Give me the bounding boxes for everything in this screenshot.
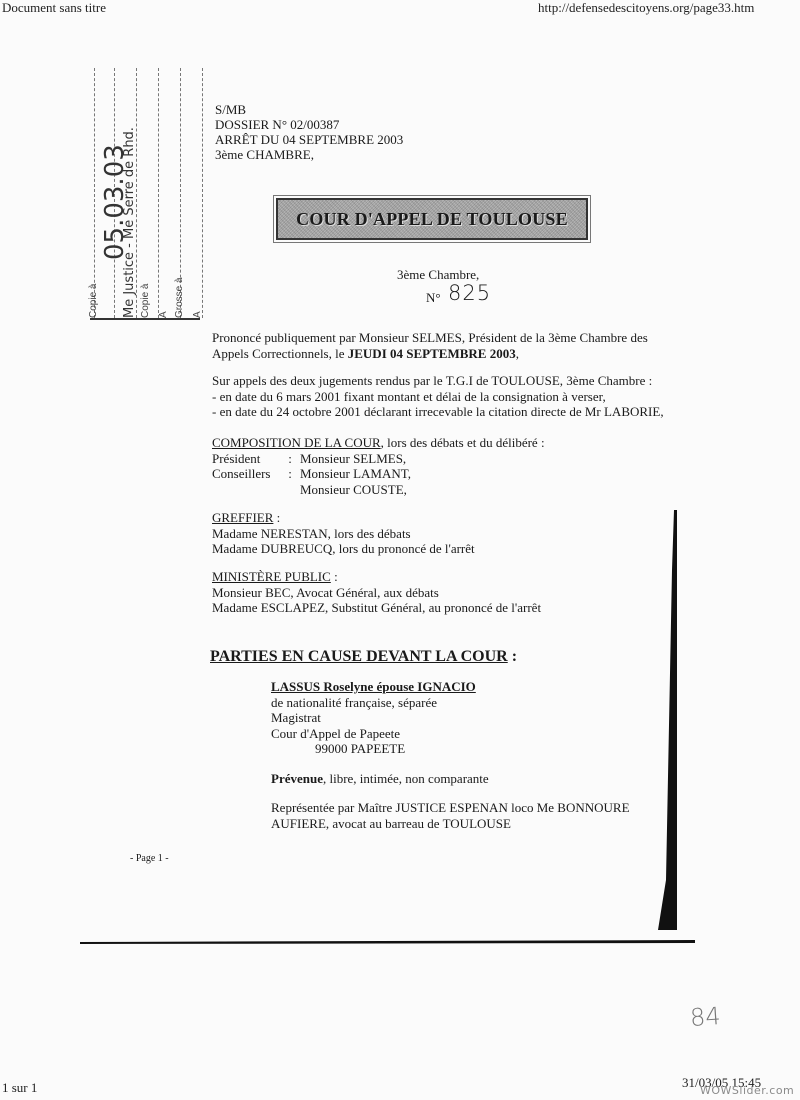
ministere-heading-line: MINISTÈRE PUBLIC : [212,569,662,585]
court-name: COUR D'APPEL DE TOULOUSE [296,209,568,230]
ministere-line: Monsieur BEC, Avocat Général, aux débats [212,585,662,601]
number-label: N° [426,290,441,306]
party-status: Prévenue, libre, intimée, non comparante [271,771,630,787]
document-title: Document sans titre [2,0,106,16]
composition-role: Président [212,451,280,467]
pronouncement-date: JEUDI 04 SEPTEMBRE 2003 [348,346,516,361]
party-detail: Cour d'Appel de Papeete [271,726,630,742]
greffier-section: GREFFIER : Madame NERESTAN, lors des déb… [212,510,662,557]
parties-heading-suffix: : [508,648,517,665]
party-status-rest: , libre, intimée, non comparante [323,771,489,786]
composition-heading-suffix: , lors des débats et du délibéré : [381,435,545,450]
stamp-divider [90,318,200,320]
pronouncement-paragraph: Prononcé publiquement par Monsieur SELME… [212,330,662,361]
handwritten-page-number: 84 [689,1002,721,1032]
parties-heading-text: PARTIES EN CAUSE DEVANT LA COUR [210,648,508,665]
party-detail: de nationalité française, séparée [271,695,630,711]
case-metadata: S/MB DOSSIER N° 02/00387 ARRÊT DU 04 SEP… [215,102,403,162]
court-composition: COMPOSITION DE LA COUR, lors des débats … [212,435,662,497]
composition-role: Conseillers [212,466,280,482]
appeals-intro: Sur appels des deux jugements rendus par… [212,373,662,389]
composition-row: Conseillers:Monsieur LAMANT, [212,466,662,482]
greffier-heading-line: GREFFIER : [212,510,662,526]
ministere-line: Madame ESCLAPEZ, Substitut Général, au p… [212,600,662,616]
judgment-number-handwritten: 825 [448,281,491,305]
composition-sep: : [280,451,300,467]
court-banner: COUR D'APPEL DE TOULOUSE [276,198,588,240]
judgment-date: ARRÊT DU 04 SEPTEMBRE 2003 [215,132,403,147]
party-detail: Magistrat [271,710,630,726]
party-name: LASSUS Roselyne épouse IGNACIO [271,679,476,694]
chamber: 3ème CHAMBRE, [215,147,403,162]
parties-heading: PARTIES EN CAUSE DEVANT LA COUR : [210,648,517,666]
appeal-item: - en date du 24 octobre 2001 déclarant i… [212,404,662,420]
page-label: - Page 1 - [130,853,169,864]
bottom-rule [80,940,695,944]
stamp-label-a: A [158,311,169,318]
stamp-label-copie-2: Copie à [140,284,151,318]
appeal-item: - en date du 6 mars 2001 fixant montant … [212,389,662,405]
appeals-paragraph: Sur appels des deux jugements rendus par… [212,373,662,420]
greffier-line: Madame NERESTAN, lors des débats [212,526,662,542]
dossier-number: DOSSIER N° 02/00387 [215,117,403,132]
composition-name: Monsieur LAMANT, [300,466,411,482]
party-status-bold: Prévenue [271,771,323,786]
party-representation: AUFIERE, avocat au barreau de TOULOUSE [271,816,630,832]
composition-row: Président:Monsieur SELMES, [212,451,662,467]
pronouncement-line-2: Appels Correctionnels, le JEUDI 04 SEPTE… [212,346,662,362]
scan-edge-shadow [658,510,678,930]
composition-heading: COMPOSITION DE LA COUR [212,435,381,450]
watermark: WOWSlider.com [700,1084,794,1097]
composition-heading-line: COMPOSITION DE LA COUR, lors des débats … [212,435,662,451]
party-representation: Représentée par Maître JUSTICE ESPENAN l… [271,800,630,816]
composition-role [212,482,280,498]
party-block: LASSUS Roselyne épouse IGNACIO de nation… [271,679,630,831]
page-url: http://defensedescitoyens.org/page33.htm [538,0,754,16]
pronouncement-line-1: Prononcé publiquement par Monsieur SELME… [212,330,662,346]
stamp-recipient-handwritten: Me Justice - Me Serre de Rhd. [122,127,137,318]
stamp-label-grosse: Grosse à [174,277,185,318]
greffier-heading-suffix: : [273,510,280,525]
pronouncement-prefix: Appels Correctionnels, le [212,346,348,361]
clerk-ref: S/MB [215,102,403,117]
greffier-heading: GREFFIER [212,510,273,525]
court-stamp: Copie à 05.03.03 Me Justice - Me Serre d… [86,60,216,320]
ministere-heading: MINISTÈRE PUBLIC [212,569,331,584]
stamp-label-copie: Copie à [88,284,99,318]
ministere-heading-suffix: : [331,569,338,584]
greffier-line: Madame DUBREUCQ, lors du prononcé de l'a… [212,541,662,557]
composition-sep: : [280,466,300,482]
print-page-count: 1 sur 1 [2,1080,37,1096]
ministere-public-section: MINISTÈRE PUBLIC : Monsieur BEC, Avocat … [212,569,662,616]
composition-row: Monsieur COUSTE, [212,482,662,498]
composition-name: Monsieur COUSTE, [300,482,407,498]
composition-name: Monsieur SELMES, [300,451,406,467]
stamp-label-a-2: A [192,311,203,318]
party-city: 99000 PAPEETE [271,741,630,757]
pronouncement-suffix: , [516,346,519,361]
composition-sep [280,482,300,498]
